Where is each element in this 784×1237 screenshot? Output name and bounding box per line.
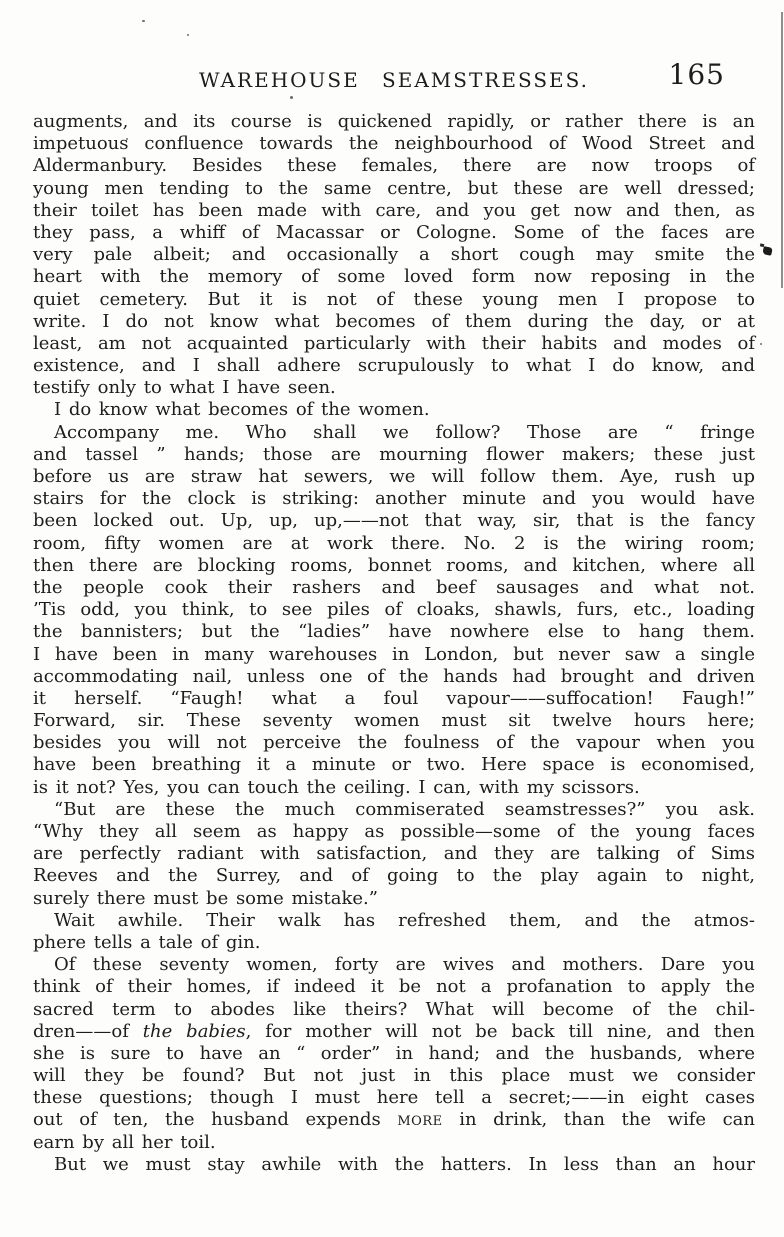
text-line: Accompany me. Who shall we follow? Those… bbox=[33, 422, 755, 444]
text-line: augments, and its course is quickened ra… bbox=[33, 111, 755, 133]
paragraph: Of these seventy women, forty are wives … bbox=[33, 954, 755, 1154]
text-line: and tassel ” hands; those are mourning f… bbox=[33, 444, 755, 466]
text-line: the bannisters; but the “ladies” have no… bbox=[33, 621, 755, 643]
paragraph: “But are these the much commiserated sea… bbox=[33, 799, 755, 910]
text-line: “But are these the much commiserated sea… bbox=[33, 799, 755, 821]
text-line: before us are straw hat sewers, we will … bbox=[33, 466, 755, 488]
text-line: Wait awhile. Their walk has refreshed th… bbox=[33, 910, 755, 932]
text-line: besides you will not perceive the foulne… bbox=[33, 732, 755, 754]
paragraph: Accompany me. Who shall we follow? Those… bbox=[33, 422, 755, 799]
text-line: surely there must be some mistake.” bbox=[33, 888, 755, 910]
text-line: young men tending to the same centre, bu… bbox=[33, 178, 755, 200]
text-line: then there are blocking rooms, bonnet ro… bbox=[33, 555, 755, 577]
text-line: out of ten, the husband expends more in … bbox=[33, 1109, 755, 1131]
text-line: Reeves and the Surrey, and of going to t… bbox=[33, 865, 755, 887]
paragraph: augments, and its course is quickened ra… bbox=[33, 111, 755, 399]
scan-artifact-speck bbox=[290, 96, 293, 99]
text-line: “Why they all seem as happy as possible—… bbox=[33, 821, 755, 843]
scan-artifact-speck bbox=[187, 34, 189, 36]
text-line: stairs for the clock is striking: anothe… bbox=[33, 488, 755, 510]
text-line: it herself. “Faugh! what a foul vapour——… bbox=[33, 688, 755, 710]
text-line: impetuous confluence towards the neighbo… bbox=[33, 133, 755, 155]
text-line: I have been in many warehouses in London… bbox=[33, 644, 755, 666]
text-line: earn by all her toil. bbox=[33, 1132, 755, 1154]
text-line: these questions; though I must here tell… bbox=[33, 1087, 755, 1109]
text-line: quiet cemetery. But it is not of these y… bbox=[33, 289, 755, 311]
running-title: WAREHOUSE SEAMSTRESSES. bbox=[33, 68, 755, 92]
text-line: least, am not acquainted particularly wi… bbox=[33, 333, 755, 355]
text-line: she is sure to have an “ order” in hand;… bbox=[33, 1043, 755, 1065]
text-line: will they be found? But not just in this… bbox=[33, 1065, 755, 1087]
scan-artifact-speck bbox=[126, 138, 128, 140]
paragraph: Wait awhile. Their walk has refreshed th… bbox=[33, 910, 755, 954]
text-line: very pale albeit; and occasionally a sho… bbox=[33, 244, 755, 266]
text-line: I do know what becomes of the women. bbox=[33, 399, 755, 421]
text-line: been locked out. Up, up, up,——not that w… bbox=[33, 510, 755, 532]
text-line: is it not? Yes, you can touch the ceilin… bbox=[33, 777, 755, 799]
text-line: they pass, a whiff of Macassar or Cologn… bbox=[33, 222, 755, 244]
text-line: But we must stay awhile with the hatters… bbox=[33, 1154, 755, 1176]
book-page: WAREHOUSE SEAMSTRESSES. 165 augments, an… bbox=[0, 0, 784, 1237]
scan-artifact-speck bbox=[760, 343, 762, 345]
paragraph: I do know what becomes of the women. bbox=[33, 399, 755, 421]
running-head: WAREHOUSE SEAMSTRESSES. 165 bbox=[33, 64, 755, 96]
scan-artifact-edge-line bbox=[781, 12, 783, 288]
paragraph: But we must stay awhile with the hatters… bbox=[33, 1154, 755, 1176]
text-line: heart with the memory of some loved form… bbox=[33, 266, 755, 288]
text-line: Of these seventy women, forty are wives … bbox=[33, 954, 755, 976]
text-line: have been breathing it a minute or two. … bbox=[33, 754, 755, 776]
text-line: the people cook their rashers and beef s… bbox=[33, 577, 755, 599]
text-line: dren——of the babies, for mother will not… bbox=[33, 1021, 755, 1043]
scan-artifact-ink-blot bbox=[762, 246, 772, 256]
text-line: Aldermanbury. Besides these females, the… bbox=[33, 155, 755, 177]
text-line: write. I do not know what becomes of the… bbox=[33, 311, 755, 333]
text-line: think of their homes, if indeed it be no… bbox=[33, 976, 755, 998]
text-line: are perfectly radiant with satisfaction,… bbox=[33, 843, 755, 865]
text-line: sacred term to abodes like theirs? What … bbox=[33, 999, 755, 1021]
text-line: accommodating nail, unless one of the ha… bbox=[33, 666, 755, 688]
text-block: augments, and its course is quickened ra… bbox=[33, 111, 755, 1176]
text-line: testify only to what I have seen. bbox=[33, 377, 755, 399]
scan-artifact-speck bbox=[142, 20, 145, 22]
text-line: existence, and I shall adhere scrupulous… bbox=[33, 355, 755, 377]
text-line: ’Tis odd, you think, to see piles of clo… bbox=[33, 599, 755, 621]
page-number: 165 bbox=[669, 58, 725, 91]
text-line: Forward, sir. These seventy women must s… bbox=[33, 710, 755, 732]
text-line: their toilet has been made with care, an… bbox=[33, 200, 755, 222]
text-line: phere tells a tale of gin. bbox=[33, 932, 755, 954]
text-line: room, fifty women are at work there. No.… bbox=[33, 533, 755, 555]
